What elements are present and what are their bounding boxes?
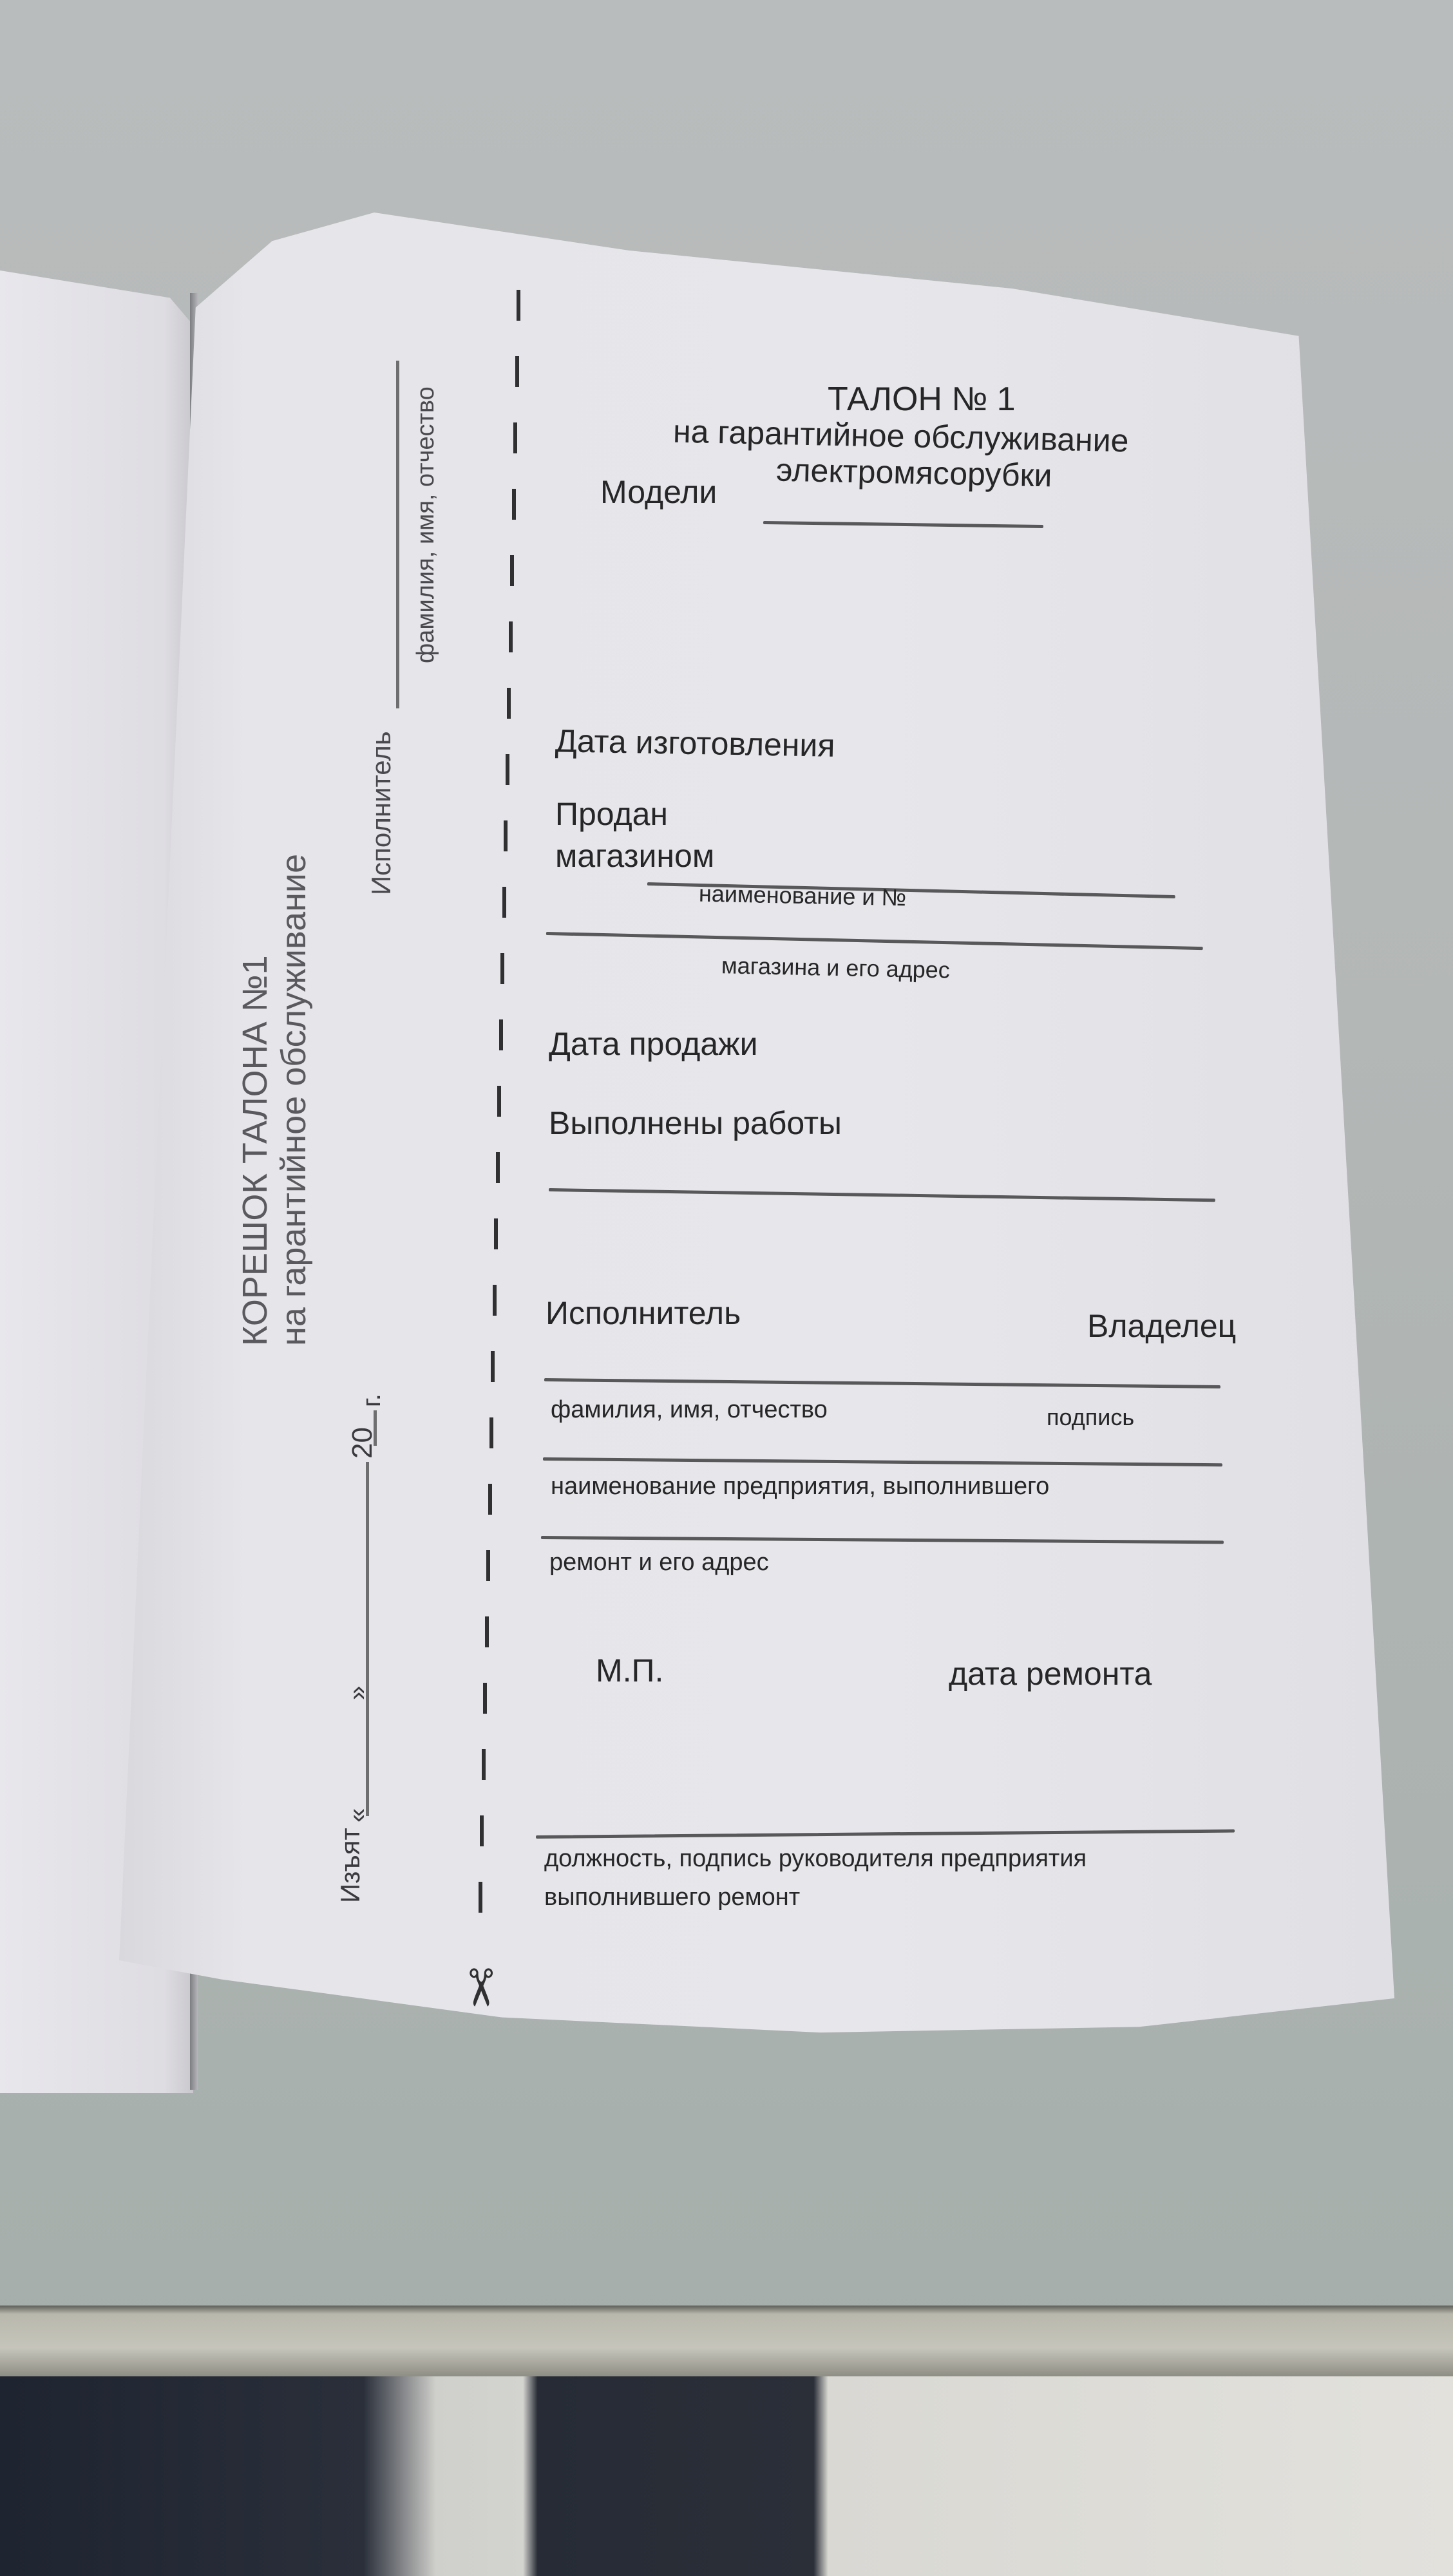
cut-line-dash [515,356,519,387]
cut-line-dash [485,1616,489,1647]
cut-line-dash [488,1484,492,1515]
cut-line-dash [504,820,508,851]
cut-line-dash [513,422,517,453]
cut-line-dash [491,1351,495,1382]
stub-year-line [374,1410,377,1446]
cut-line-dash [512,489,516,520]
cut-line-dash [493,1285,497,1316]
cut-line-dash [489,1417,493,1448]
company-hint-line1: наименование предприятия, выполнившего [551,1473,1049,1501]
cut-line-dash [497,1086,501,1117]
store-address-hint: магазина и его адрес [721,952,951,983]
owner-label: Владелец [1087,1307,1236,1345]
stub-title: КОРЕШОК ТАЛОНА №1 [235,955,275,1346]
stub-subtitle: на гарантийное обслуживание [274,854,314,1346]
stamp-label: М.П. [596,1652,663,1689]
stub-executor-line [396,361,399,708]
signature-hint: подпись [1047,1404,1134,1431]
cut-line-dash [496,1152,500,1183]
scissors-icon: ✂ [450,1966,510,2009]
cut-line-dash [506,754,509,785]
store-name-hint: наименование и № [699,880,907,912]
executor-name-hint: фамилия, имя, отчество [551,1396,828,1424]
coupon-title: ТАЛОН № 1 [828,380,1016,419]
cut-line-dash [517,290,520,321]
work-done-label: Выполнены работы [549,1104,842,1142]
cut-line-dash [494,1218,498,1249]
stub-date-line [366,1462,369,1816]
manager-hint-line1: должность, подпись руководителя предприя… [544,1845,1087,1873]
cut-line-dash [510,555,514,586]
coupon-subtitle-line2: электромясорубки [775,451,1052,495]
cut-line-dash [499,1019,503,1050]
cut-line-dash [507,688,511,719]
floor-background [0,2376,1453,2576]
repair-date-label: дата ремонта [949,1655,1152,1692]
sale-date-label: Дата продажи [549,1025,758,1063]
sold-by-label-line1: Продан [555,795,668,833]
sold-by-label-line2: магазином [555,837,714,875]
manager-hint-line2: выполнившего ремонт [544,1884,800,1911]
table-edge [0,2306,1453,2376]
cut-line-dash [479,1882,482,1913]
cut-line-dash [480,1815,484,1846]
company-hint-line2: ремонт и его адрес [549,1549,769,1577]
manufacture-date-label: Дата изготовления [555,722,835,764]
stub-withdrawn-label: Изъят [335,1828,366,1903]
cut-line-dash [483,1683,487,1714]
stub-executor-name-hint: фамилия, имя, отчество [412,386,440,663]
cut-line-dash [509,621,513,652]
cut-line-dash [486,1550,490,1581]
stub-executor-label: Исполнитель [366,731,397,895]
cut-line-dash [482,1749,486,1780]
stub-year-suffix: г. [357,1394,386,1407]
cut-line-dash [500,953,504,984]
model-label: Модели [600,473,717,511]
executor-label: Исполнитель [546,1294,741,1332]
cut-line-dash [502,887,506,918]
